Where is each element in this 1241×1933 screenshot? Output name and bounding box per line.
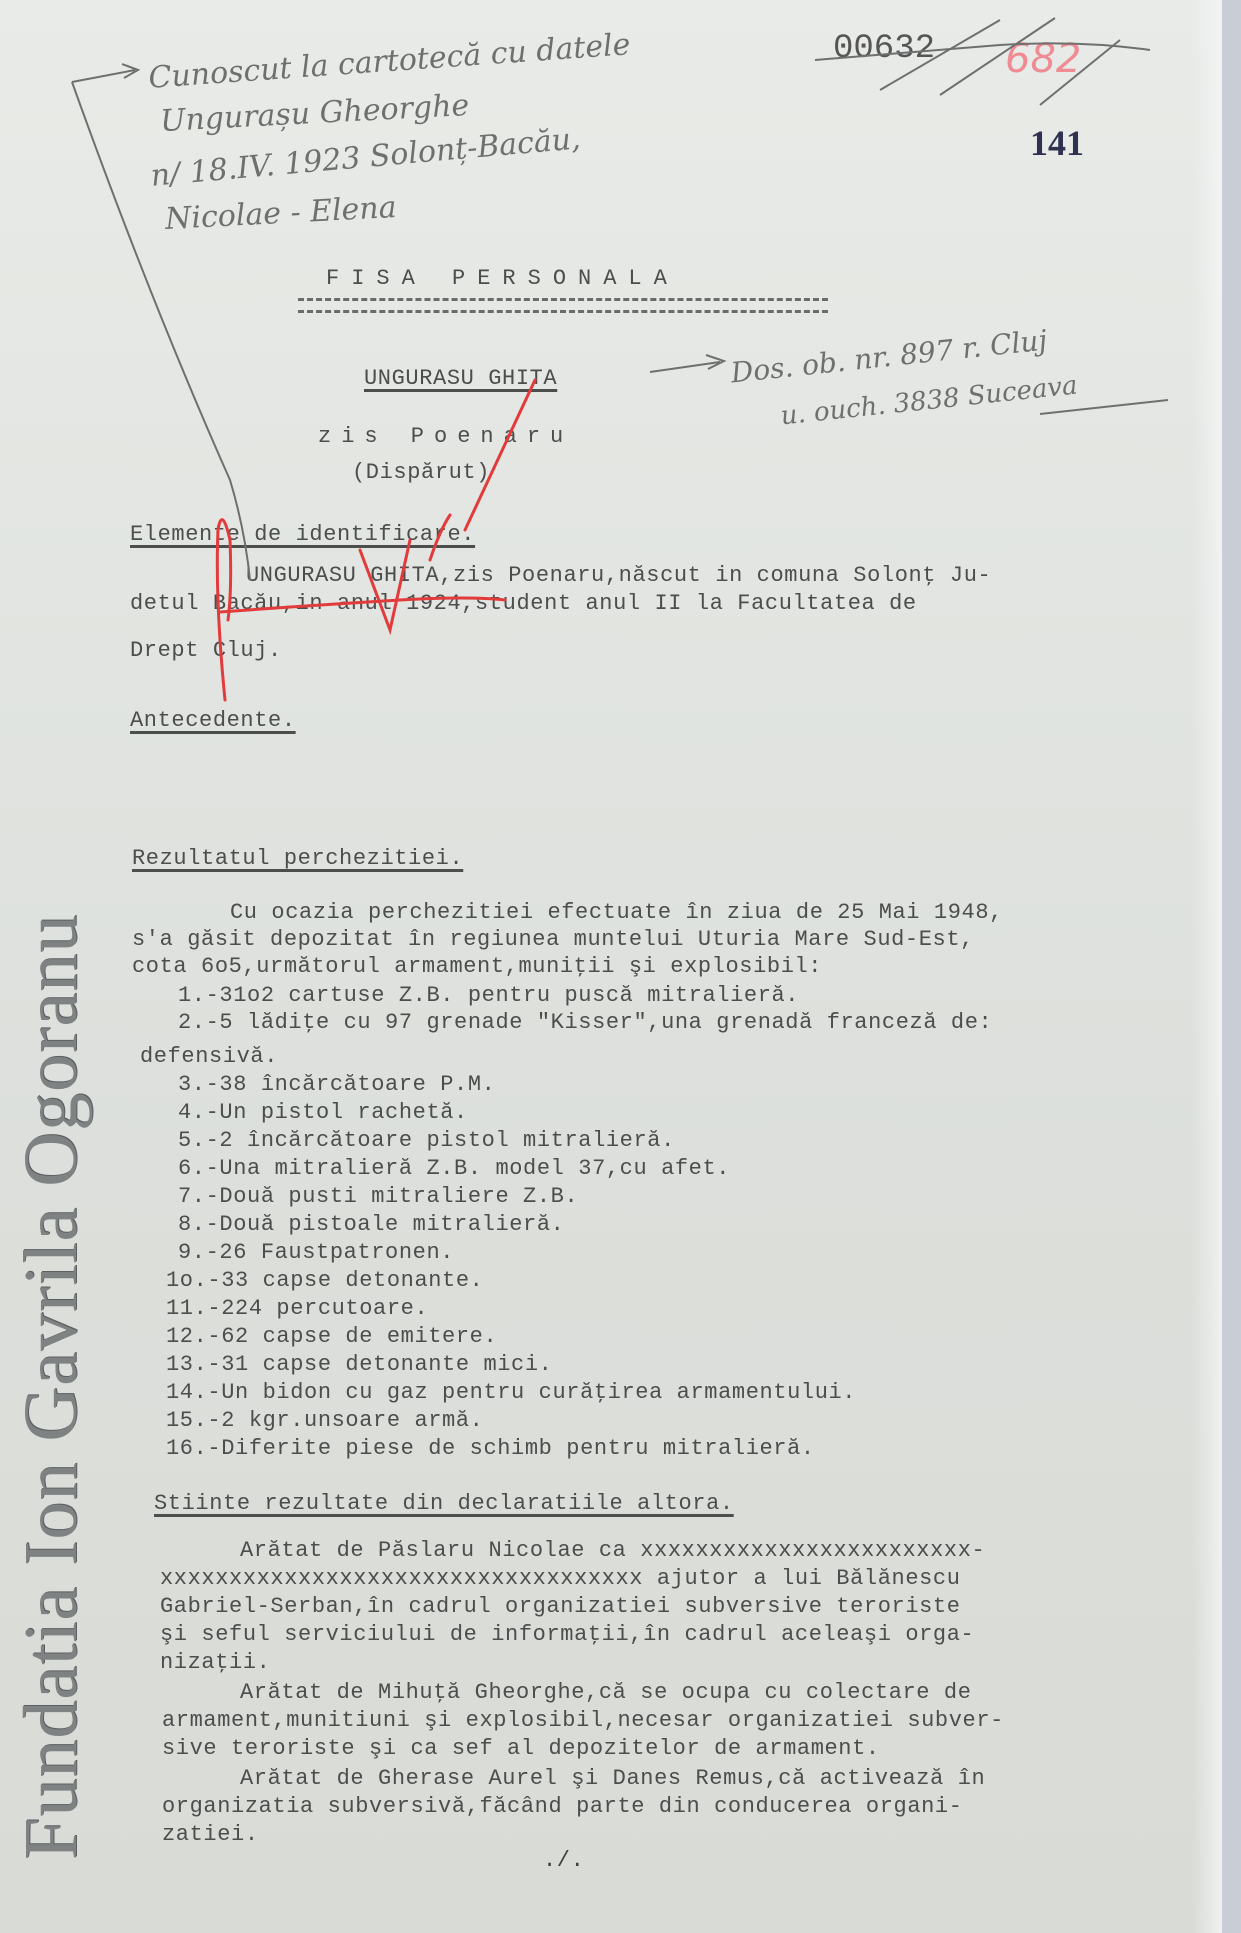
list-item: 16.-Diferite piese de schimb pentru mitr…: [166, 1436, 815, 1461]
list-item: 1o.-33 capse detonante.: [166, 1268, 483, 1293]
list-item: defensivă.: [140, 1044, 278, 1069]
list-item: 15.-2 kgr.unsoare armă.: [166, 1408, 483, 1433]
watermark: Fundatia Ion Gavrila Ogoranu: [8, 914, 95, 1860]
statement-line: şi seful serviciului de informaţii,în ca…: [160, 1622, 974, 1647]
list-item: 12.-62 capse de emitere.: [166, 1324, 497, 1349]
section-heading-search: Rezultatul perchezitiei.: [132, 846, 463, 871]
list-item: 9.-26 Faustpatronen.: [178, 1240, 454, 1265]
list-item: 7.-Două pusti mitraliere Z.B.: [178, 1184, 578, 1209]
statement-line: Arătat de Mihuţă Gheorghe,că se ocupa cu…: [240, 1680, 972, 1705]
title-double-underline: [298, 298, 828, 313]
stamp-number: 141: [1030, 122, 1084, 164]
list-item: 1.-31o2 cartuse Z.B. pentru puscă mitral…: [178, 983, 799, 1008]
statement-line: armament,munitiuni şi explosibil,necesar…: [162, 1708, 1004, 1733]
page-marker: ./.: [543, 1848, 584, 1873]
list-item: 13.-31 capse detonante mici.: [166, 1352, 552, 1377]
list-item: 2.-5 lădiţe cu 97 grenade "Kisser",una g…: [178, 1010, 992, 1035]
list-item: 4.-Un pistol rachetă.: [178, 1100, 468, 1125]
section-heading-antecedents: Antecedente.: [130, 708, 296, 733]
alias: zis Poenaru: [318, 424, 573, 449]
section-heading-identification: Elemente de identificare.: [130, 522, 475, 547]
statement-line: Gabriel-Serban,în cadrul organizatiei su…: [160, 1594, 961, 1619]
statement-line: sive teroriste şi ca sef al depozitelor …: [162, 1736, 880, 1761]
search-intro-line: s'a găsit depozitat în regiunea muntelui…: [132, 927, 974, 952]
document-title: FISA PERSONALA: [326, 266, 679, 291]
section-heading-statements: Stiinte rezultate din declaratiile altor…: [154, 1491, 734, 1516]
old-number: 00632: [833, 30, 935, 68]
search-intro-line: cota 6o5,următorul armament,muniţii şi e…: [132, 954, 822, 979]
list-item: 6.-Una mitralieră Z.B. model 37,cu afet.: [178, 1156, 730, 1181]
list-item: 3.-38 încărcătoare P.M.: [178, 1072, 495, 1097]
list-item: 8.-Două pistoale mitralieră.: [178, 1212, 564, 1237]
statement-line: zatiei.: [162, 1822, 259, 1847]
statement-line: nizaţii.: [160, 1650, 270, 1675]
subject-name: UNGURASU GHITA: [364, 366, 557, 391]
statement-line: organizatia subversivă,făcând parte din …: [162, 1794, 963, 1819]
identification-line: UNGURASU GHITA,zis Poenaru,născut in com…: [246, 563, 991, 588]
list-item: 11.-224 percutoare.: [166, 1296, 428, 1321]
search-intro-line: Cu ocazia perchezitiei efectuate în ziua…: [230, 900, 1003, 925]
statement-line: xxxxxxxxxxxxxxxxxxxxxxxxxxxxxxxxxxx ajut…: [160, 1566, 961, 1591]
statement-line: Arătat de Gherase Aurel şi Danes Remus,c…: [240, 1766, 985, 1791]
statement-line: Arătat de Păslaru Nicolae ca xxxxxxxxxxx…: [240, 1538, 985, 1563]
list-item: 5.-2 încărcătoare pistol mitralieră.: [178, 1128, 675, 1153]
status: (Dispărut): [352, 460, 490, 485]
red-number: 682: [1005, 36, 1081, 82]
identification-line: detul Bacău,in anul 1924,student anul II…: [130, 591, 917, 616]
identification-line: Drept Cluj.: [130, 638, 282, 663]
list-item: 14.-Un bidon cu gaz pentru curăţirea arm…: [166, 1380, 856, 1405]
